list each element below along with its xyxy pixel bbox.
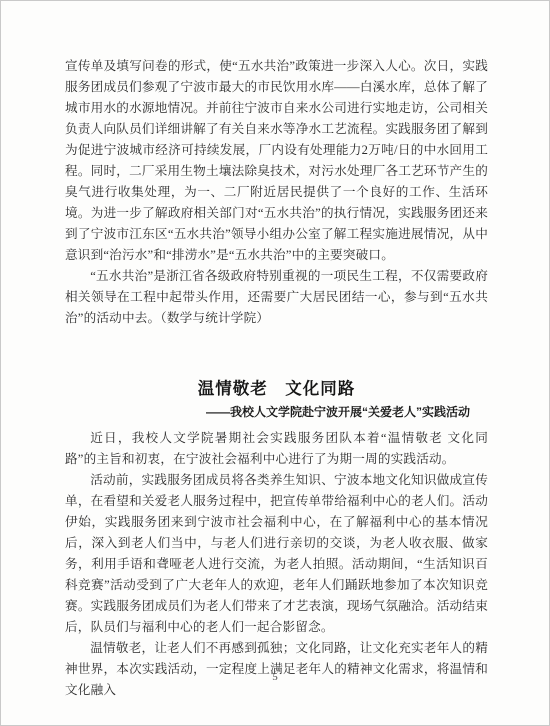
article-subtitle: ——我校人文学院赴宁波开展“关爱老人”实践活动 [65,403,488,421]
paragraph-article-3: 温情敬老，让老人们不再感到孤独；文化同路，让文化充实老年人的精神世界，本次实践活… [65,638,488,701]
page-number: 5 [1,671,549,683]
paragraph-continued-2: “五水共治”是浙江省各级政府特别重视的一项民生工程，不仅需要政府相关领导在工程中… [65,266,488,329]
paragraph-article-2: 活动前，实践服务团成员将各类养生知识、宁波本地文化知识做成宣传单，在看望和关爱老… [65,470,488,638]
paragraph-article-1: 近日，我校人文学院暑期社会实践服务团队本着“温情敬老 文化同路”的主旨和初衷，在… [65,428,488,470]
text-content: 宣传单及填写问卷的形式，使“五水共治”政策进一步深入人心。次日，实践服务团成员们… [65,56,488,701]
article-title: 温情敬老 文化同路 [65,375,488,399]
document-page: 宣传单及填写问卷的形式，使“五水共治”政策进一步深入人心。次日，实践服务团成员们… [0,0,550,726]
paragraph-continued-1: 宣传单及填写问卷的形式，使“五水共治”政策进一步深入人心。次日，实践服务团成员们… [65,56,488,266]
